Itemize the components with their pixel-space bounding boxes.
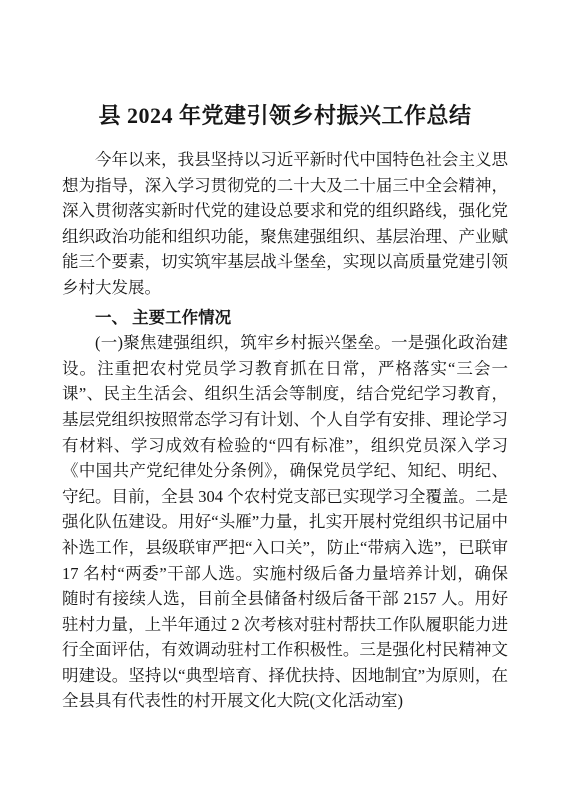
document-title: 县 2024 年党建引领乡村振兴工作总结 bbox=[62, 101, 508, 131]
document-page: 县 2024 年党建引领乡村振兴工作总结 今年以来，我县坚持以习近平新时代中国特… bbox=[0, 0, 570, 807]
section-heading: 一、 主要工作情况 bbox=[62, 305, 508, 331]
section-body-paragraph: (一)聚焦建强组织，筑牢乡村振兴堡垒。一是强化政治建设。注重把农村党员学习教育抓… bbox=[62, 330, 508, 714]
intro-paragraph: 今年以来，我县坚持以习近平新时代中国特色社会主义思想为指导，深入学习贯彻党的二十… bbox=[62, 147, 508, 301]
